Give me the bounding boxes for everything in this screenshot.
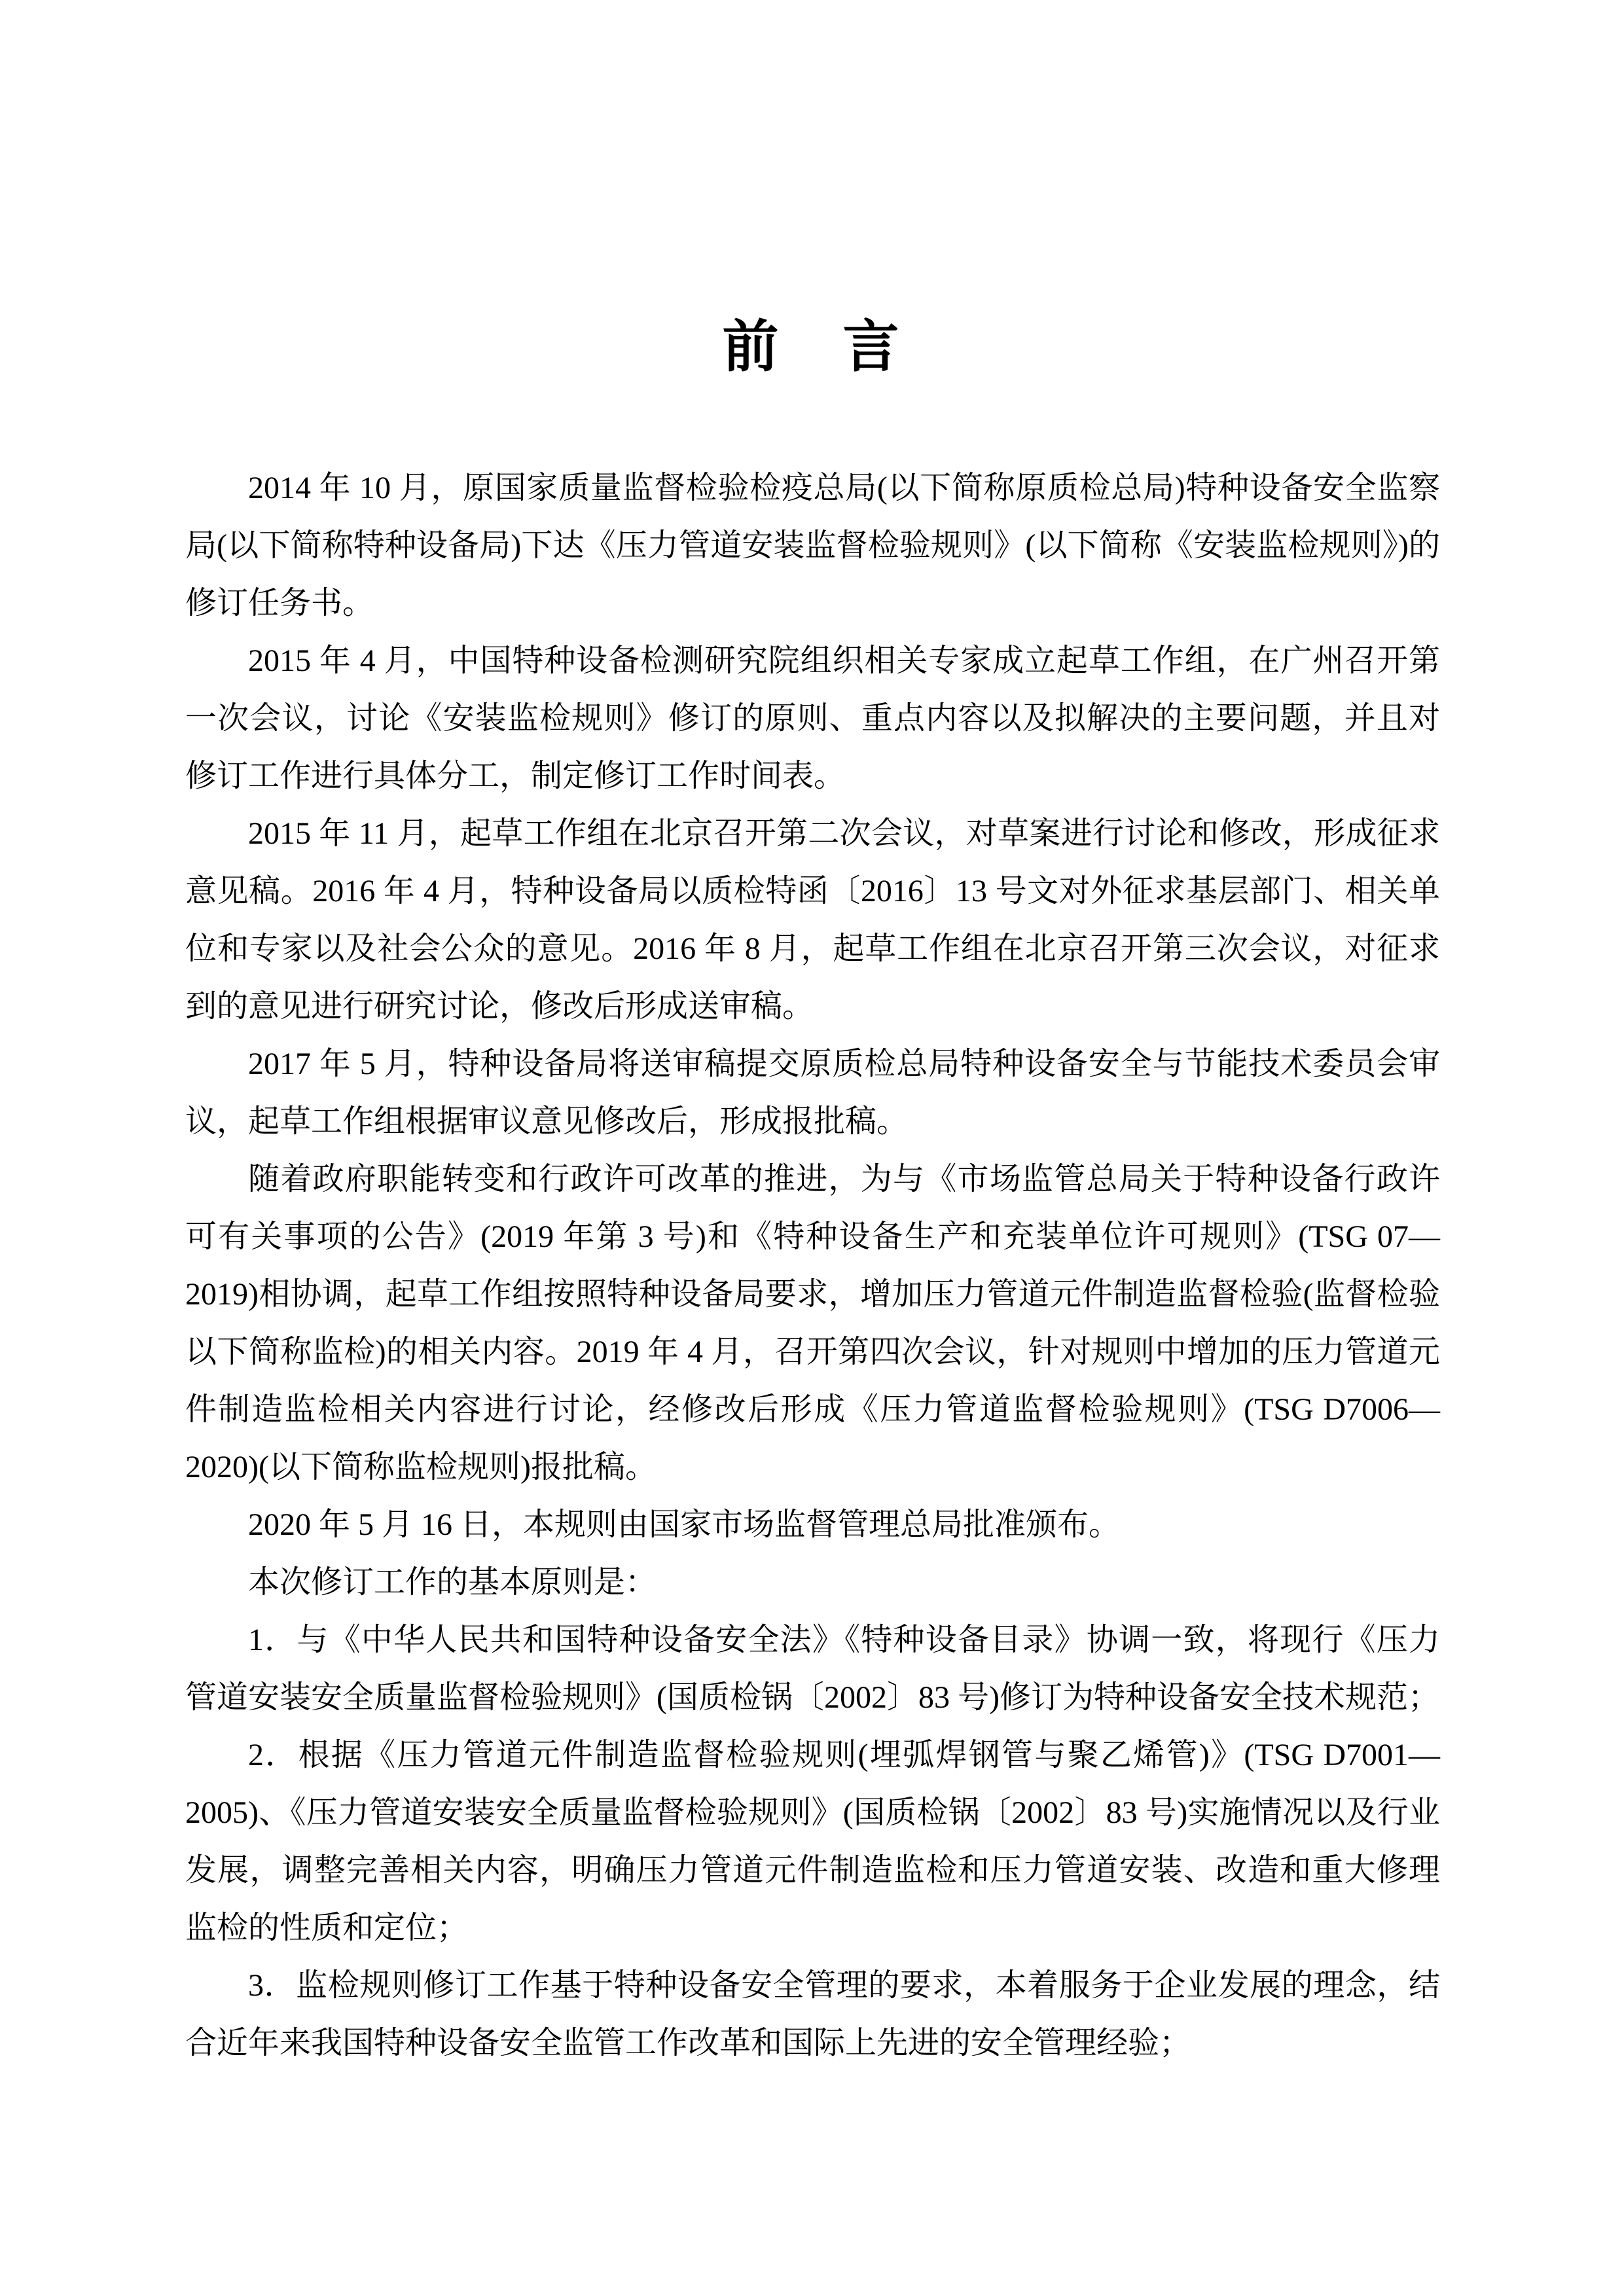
paragraph: 本次修订工作的基本原则是： — [185, 1554, 1440, 1611]
paragraph: 1．与《中华人民共和国特种设备安全法》《特种设备目录》协调一致，将现行《压力管道… — [185, 1611, 1440, 1727]
paragraph: 2014 年 10 月，原国家质量监督检验检疫总局(以下简称原质检总局)特种设备… — [185, 459, 1440, 632]
paragraph: 3．监检规则修订工作基于特种设备安全管理的要求，本着服务于企业发展的理念，结合近… — [185, 1957, 1440, 2072]
paragraph: 2015 年 11 月，起草工作组在北京召开第二次会议，对草案进行讨论和修改，形… — [185, 805, 1440, 1035]
preface-section: 前 言 2014 年 10 月，原国家质量监督检验检疫总局(以下简称原质检总局)… — [185, 0, 1440, 2072]
paragraph: 2015 年 4 月，中国特种设备检测研究院组织相关专家成立起草工作组，在广州召… — [185, 632, 1440, 805]
paragraph: 2020 年 5 月 16 日，本规则由国家市场监督管理总局批准颁布。 — [185, 1496, 1440, 1554]
document-page: 前 言 2014 年 10 月，原国家质量监督检验检疫总局(以下简称原质检总局)… — [0, 0, 1624, 2296]
paragraph: 随着政府职能转变和行政许可改革的推进，为与《市场监管总局关于特种设备行政许可有关… — [185, 1151, 1440, 1496]
paragraph: 2017 年 5 月，特种设备局将送审稿提交原质检总局特种设备安全与节能技术委员… — [185, 1035, 1440, 1151]
paragraph: 2．根据《压力管道元件制造监督检验规则(埋弧焊钢管与聚乙烯管)》(TSG D70… — [185, 1727, 1440, 1957]
page-title: 前 言 — [185, 308, 1440, 386]
preface-body: 2014 年 10 月，原国家质量监督检验检疫总局(以下简称原质检总局)特种设备… — [185, 459, 1440, 2072]
